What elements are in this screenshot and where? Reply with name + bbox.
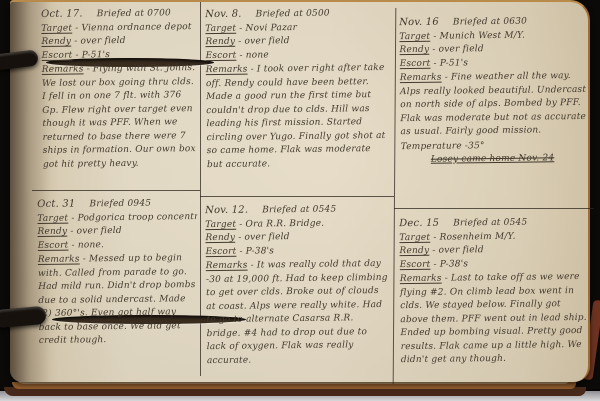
briefed-time: Briefed at 0500 bbox=[256, 9, 330, 20]
entry-date: Nov. 8. bbox=[205, 9, 242, 20]
escort-value: - P-38's bbox=[433, 259, 468, 269]
target-value: - Ora R.R. Bridge. bbox=[239, 218, 324, 229]
briefed-time: Briefed at 0630 bbox=[453, 17, 527, 28]
entry-date: Nov. 16 bbox=[399, 17, 439, 28]
crossed-out-note: Losey came home Nov. 24 bbox=[431, 152, 591, 167]
rendy-value: - over field bbox=[238, 36, 290, 47]
remarks-label: Remarks bbox=[206, 65, 248, 76]
briefed-time: Briefed at 0545 bbox=[262, 205, 336, 216]
escort-label: Escort bbox=[206, 246, 237, 256]
rendy-label: Rendy bbox=[399, 45, 429, 55]
rendy-label: Rendy bbox=[41, 37, 71, 47]
escort-value: - P-38's bbox=[239, 246, 274, 256]
escort-label: Escort bbox=[400, 259, 431, 269]
target-value: - Vienna ordnance depot bbox=[75, 22, 192, 33]
row-divider bbox=[200, 196, 394, 197]
rendy-label: Rendy bbox=[37, 227, 67, 237]
target-label: Target bbox=[399, 232, 430, 242]
remarks-label: Remarks bbox=[400, 274, 442, 285]
briefed-time: Briefed 0945 bbox=[89, 199, 151, 210]
escort-label: Escort bbox=[38, 240, 69, 250]
target-value: - Munich West M/Y. bbox=[433, 30, 525, 41]
target-label: Target bbox=[41, 23, 72, 33]
entry-date: Dec. 15 bbox=[399, 218, 439, 229]
rendy-label: Rendy bbox=[399, 246, 429, 256]
target-value: - Podgorica troop concentration bbox=[71, 211, 197, 223]
photo-background: Oct. 17.Briefed at 0700 Target - Vienna … bbox=[0, 0, 600, 401]
briefed-time: Briefed at 0545 bbox=[453, 218, 527, 229]
remarks-label: Remarks bbox=[206, 261, 248, 272]
row-divider bbox=[32, 190, 200, 191]
remarks-text: - It was really cold that day -30 at 19,… bbox=[206, 259, 388, 366]
remarks-text: - Last to take off as we were flying #2.… bbox=[400, 272, 587, 365]
briefed-time: Briefed at 0700 bbox=[97, 8, 171, 19]
target-label: Target bbox=[399, 31, 430, 41]
escort-label: Escort bbox=[206, 50, 237, 60]
rendy-value: - over field bbox=[74, 36, 126, 47]
log-entry-oct-17: Oct. 17.Briefed at 0700 Target - Vienna … bbox=[41, 5, 197, 172]
rendy-label: Rendy bbox=[205, 233, 235, 243]
log-entry-nov-8: Nov. 8.Briefed at 0500 Target - Novi Paz… bbox=[205, 5, 389, 172]
target-value: - Novi Pazar bbox=[239, 22, 297, 33]
rendy-value: - over field bbox=[432, 44, 484, 55]
log-entry-nov-16: Nov. 16Briefed at 0630 Target - Munich W… bbox=[399, 13, 591, 168]
log-entry-nov-12: Nov. 12.Briefed at 0545 Target - Ora R.R… bbox=[205, 201, 389, 368]
entry-date: Oct. 31 bbox=[37, 199, 75, 210]
rendy-value: - over field bbox=[432, 245, 484, 256]
entry-date: Oct. 17. bbox=[41, 8, 83, 20]
log-entry-oct-31: Oct. 31Briefed 0945 Target - Podgorica t… bbox=[37, 195, 199, 348]
entry-date: Nov. 12. bbox=[205, 205, 248, 217]
notebook-page: Oct. 17.Briefed at 0700 Target - Vienna … bbox=[10, 0, 590, 382]
target-label: Target bbox=[205, 23, 236, 33]
remarks-text: - Messed up to begin with. Called from p… bbox=[38, 253, 196, 346]
remarks-text: - Flying with St. Johns. We lost our box… bbox=[42, 63, 196, 169]
escort-value: - P-51's bbox=[75, 50, 110, 60]
remarks-text: - I took over right after take off. Rend… bbox=[206, 63, 386, 170]
escort-value: - none bbox=[239, 50, 269, 60]
escort-label: Escort bbox=[400, 58, 431, 68]
target-value: - Rosenheim M/Y. bbox=[433, 231, 515, 242]
remarks-label: Remarks bbox=[42, 64, 84, 75]
remarks-label: Remarks bbox=[38, 254, 80, 265]
escort-label: Escort bbox=[42, 50, 73, 60]
row-divider bbox=[394, 208, 594, 209]
escort-value: - P-51's bbox=[433, 58, 468, 68]
rendy-value: - over field bbox=[70, 226, 122, 237]
rendy-value: - over field bbox=[238, 232, 290, 243]
target-label: Target bbox=[37, 213, 68, 223]
target-label: Target bbox=[205, 219, 236, 229]
log-entry-dec-15: Dec. 15Briefed at 0545 Target - Rosenhei… bbox=[399, 214, 591, 368]
rendy-label: Rendy bbox=[205, 37, 235, 47]
remarks-label: Remarks bbox=[400, 73, 442, 84]
escort-value: - none. bbox=[71, 240, 104, 250]
